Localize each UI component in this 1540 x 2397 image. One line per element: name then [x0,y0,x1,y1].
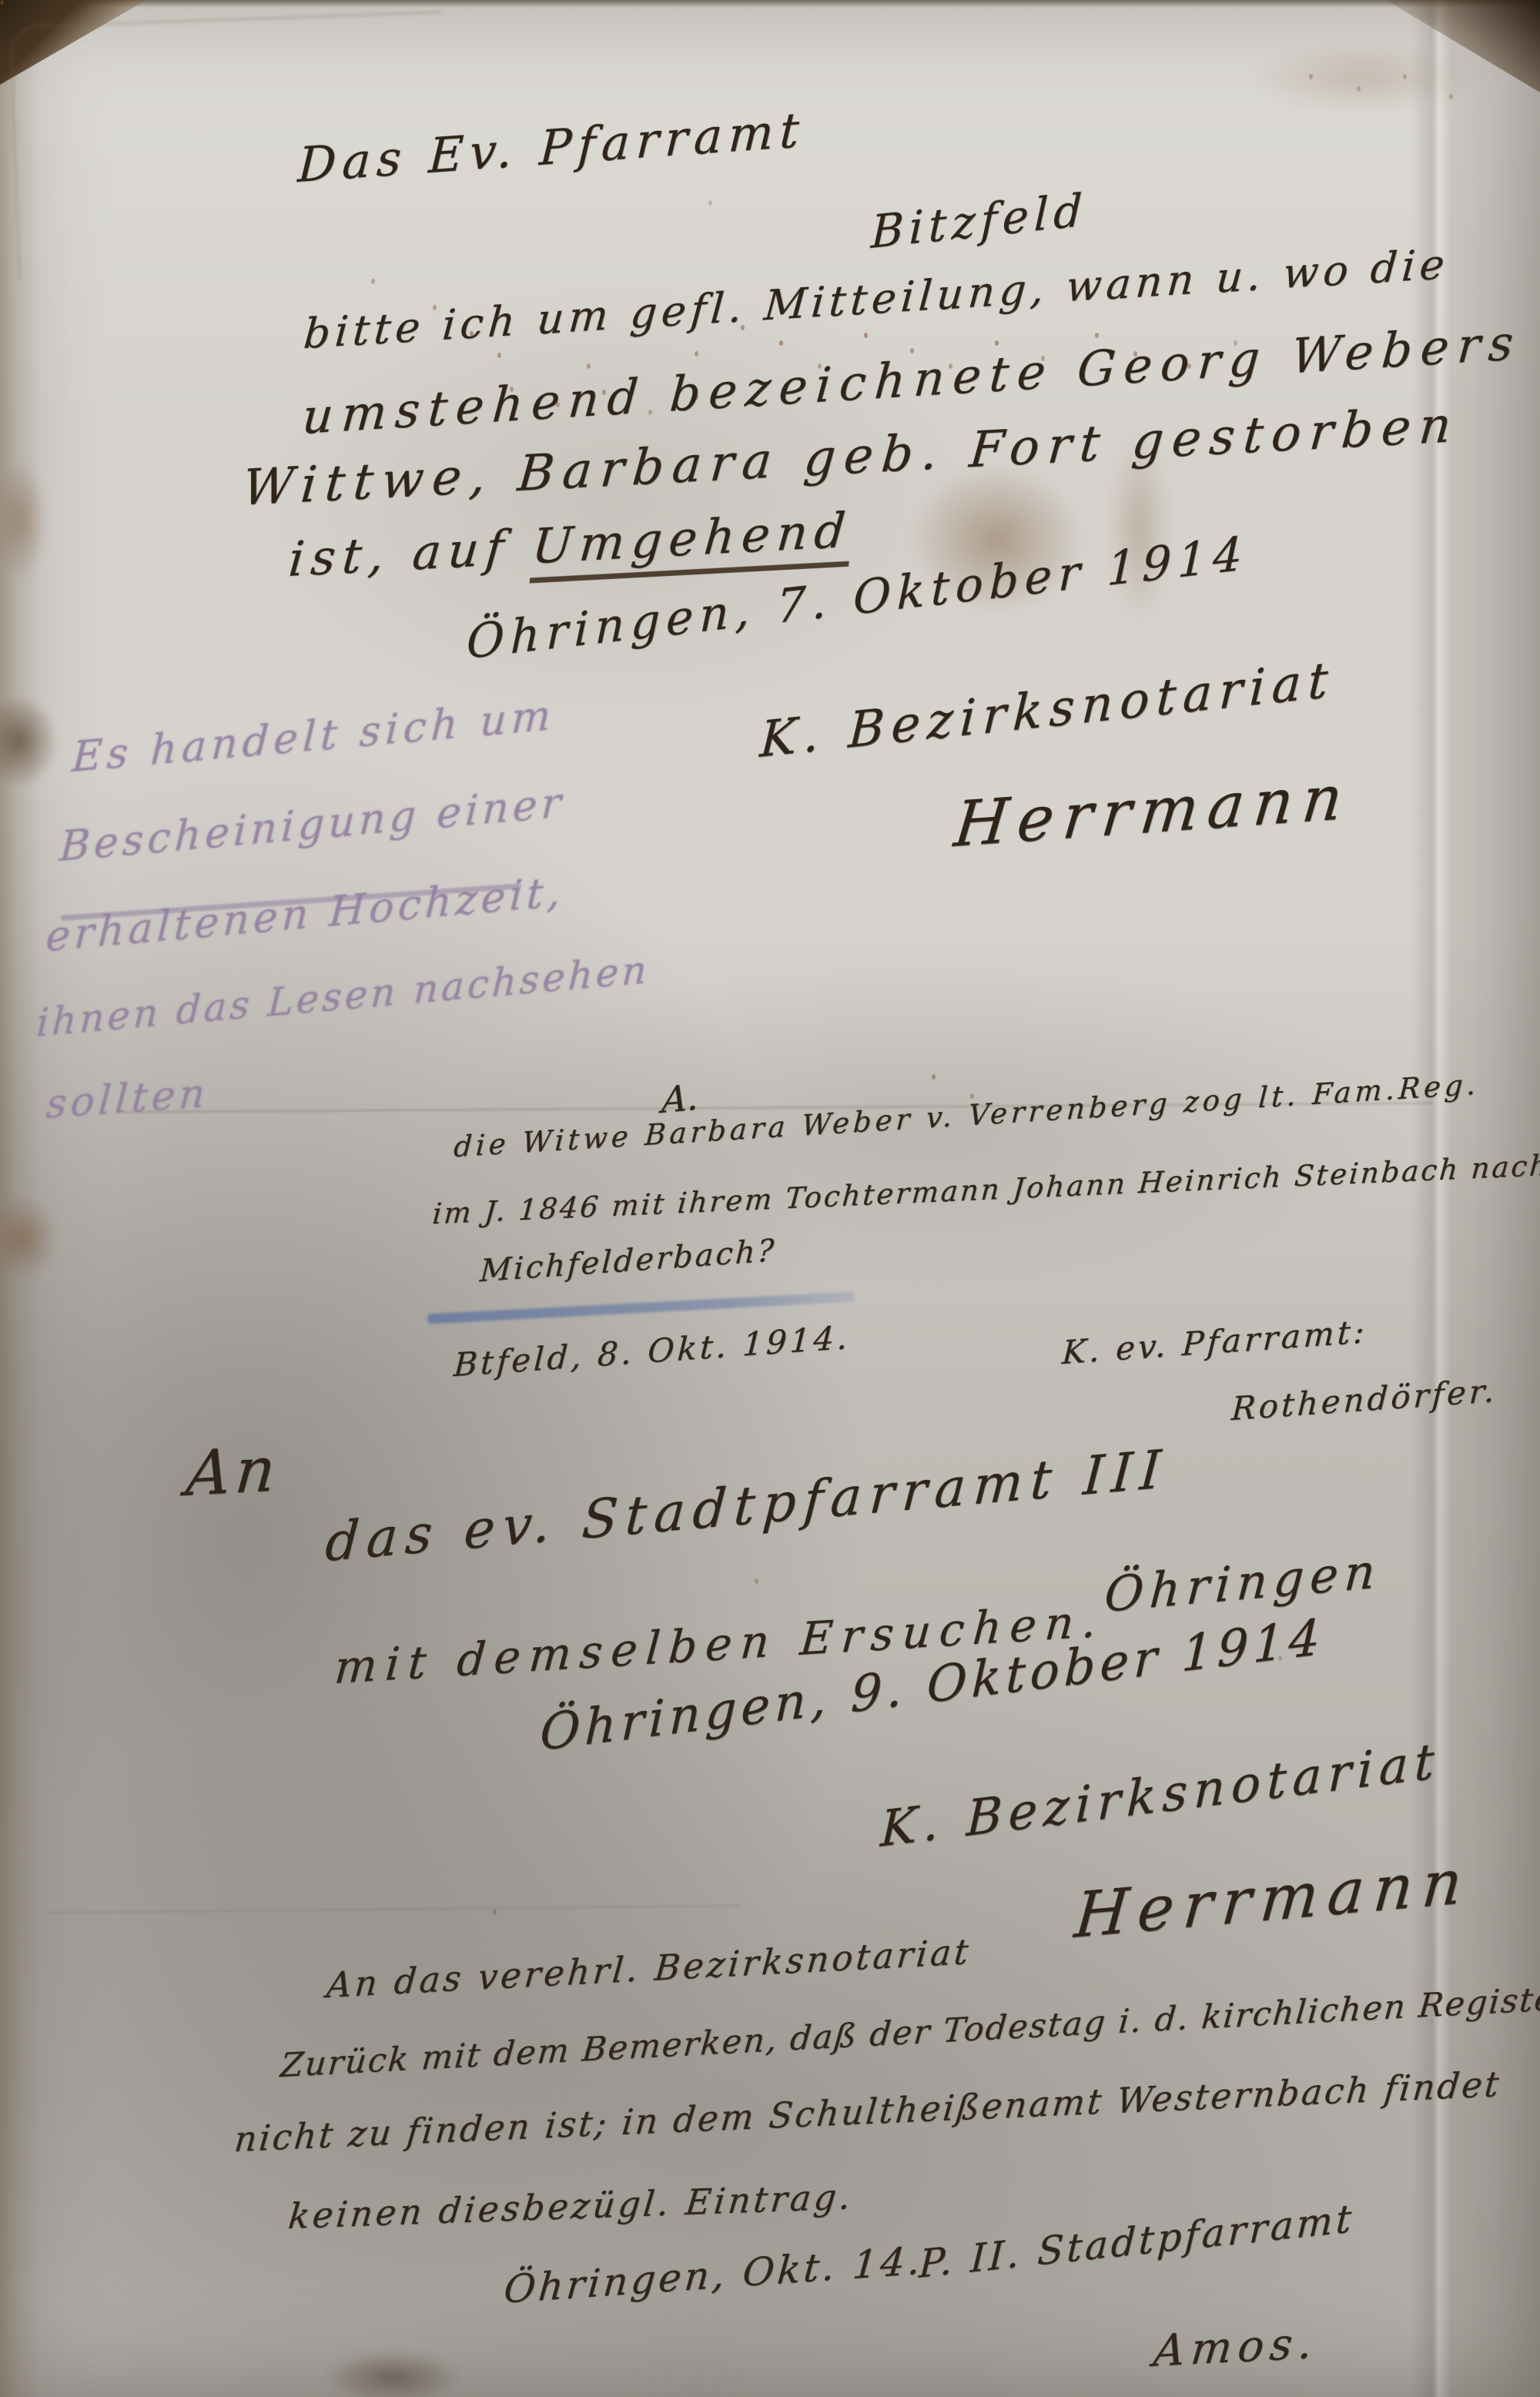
letter1-body-line4-prefix: ist, auf [286,519,513,588]
reply-note-label: A. [661,1076,700,1121]
final-note-signature: Amos. [1151,2318,1321,2377]
top-edge-shadow [0,0,1540,8]
forward-note-an: An [183,1433,283,1510]
